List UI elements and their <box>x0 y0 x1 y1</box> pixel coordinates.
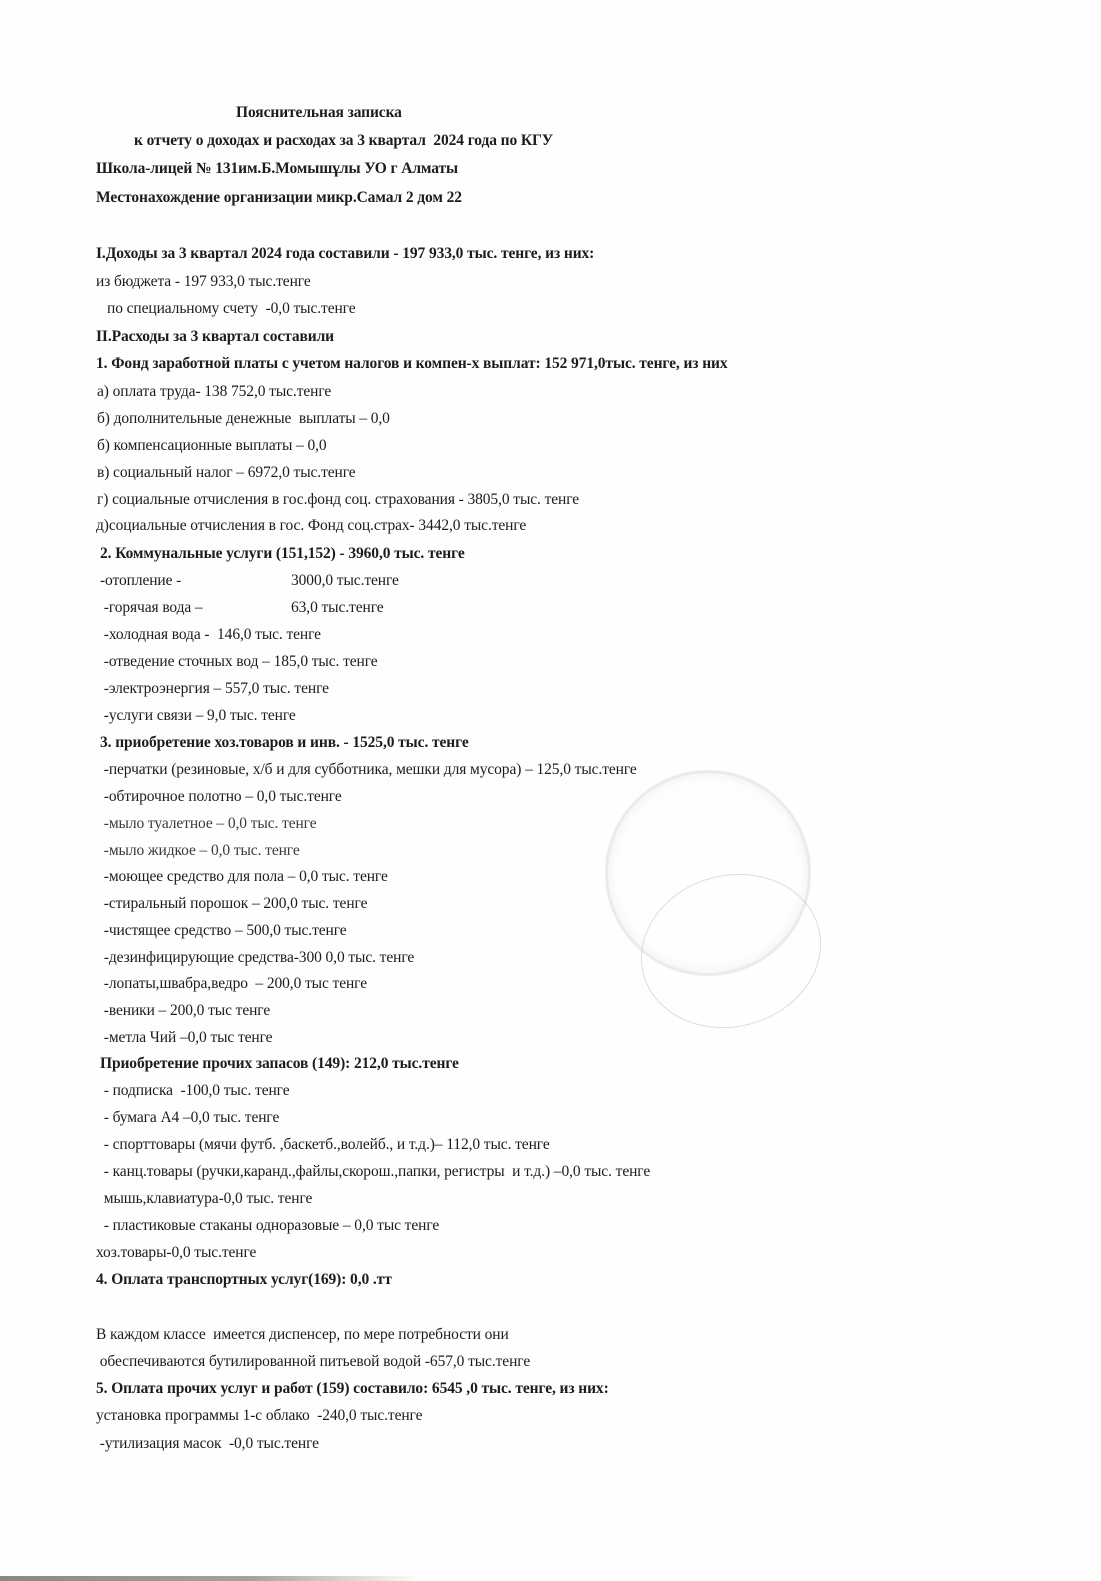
income-heading: I.Доходы за 3 квартал 2024 года составил… <box>96 244 594 264</box>
household-item: -метла Чий –0,0 тыс тенге <box>100 1028 272 1048</box>
household-item: -мыло туалетное – 0,0 тыс. тенге <box>100 814 317 834</box>
payroll-item: д)социальные отчисления в гос. Фонд соц.… <box>96 516 526 536</box>
other-stock-heading: Приобретение прочих запасов (149): 212,0… <box>100 1054 459 1074</box>
organization-name: Школа-лицей № 131им.Б.Момышұлы УО г Алма… <box>96 159 458 179</box>
stamp-impression-inner <box>623 854 838 1048</box>
household-item: -перчатки (резиновые, х/б и для субботни… <box>100 760 637 780</box>
utilities-item-value: 3000,0 тыс.тенге <box>291 571 399 591</box>
payroll-item: в) социальный налог – 6972,0 тыс.тенге <box>97 463 356 483</box>
household-item: -мыло жидкое – 0,0 тыс. тенге <box>100 841 300 861</box>
document-subtitle: к отчету о доходах и расходах за 3 кварт… <box>134 131 553 151</box>
other-stock-item: мышь,клавиатура-0,0 тыс. тенге <box>100 1189 312 1209</box>
utilities-item-label: -услуги связи – 9,0 тыс. тенге <box>100 706 296 726</box>
payroll-heading: 1. Фонд заработной платы с учетом налого… <box>96 354 728 374</box>
utilities-item-label: -отопление - <box>100 571 181 591</box>
other-stock-item: - пластиковые стаканы одноразовые – 0,0 … <box>100 1216 439 1236</box>
stamp-impression <box>605 770 811 976</box>
other-stock-item: - канц.товары (ручки,каранд.,файлы,скоро… <box>100 1162 650 1182</box>
payroll-item: б) дополнительные денежные выплаты – 0,0 <box>97 409 390 429</box>
utilities-item-label: -электроэнергия – 557,0 тыс. тенге <box>100 679 329 699</box>
water-note-line: В каждом классе имеется диспенсер, по ме… <box>96 1325 509 1345</box>
household-item: -стиральный порошок – 200,0 тыс. тенге <box>100 894 367 914</box>
other-stock-item: - бумага А4 –0,0 тыс. тенге <box>100 1108 279 1128</box>
other-services-item: -утилизация масок -0,0 тыс.тенге <box>96 1434 319 1454</box>
household-item: -моющее средство для пола – 0,0 тыс. тен… <box>100 867 388 887</box>
water-note-line: обеспечиваются бутилированной питьевой в… <box>96 1352 530 1372</box>
income-from-budget: из бюджета - 197 933,0 тыс.тенге <box>96 272 311 292</box>
scan-page-edge <box>0 1576 420 1581</box>
utilities-heading: 2. Коммунальные услуги (151,152) - 3960,… <box>100 544 465 564</box>
household-heading: 3. приобретение хоз.товаров и инв. - 152… <box>100 733 469 753</box>
household-item: -дезинфицирующие средства-300 0,0 тыс. т… <box>100 948 414 968</box>
other-stock-item: - подписка -100,0 тыс. тенге <box>100 1081 290 1101</box>
organization-location: Местонахождение организации микр.Самал 2… <box>96 188 462 208</box>
payroll-item: б) компенсационные выплаты – 0,0 <box>97 436 327 456</box>
household-item: -веники – 200,0 тыс тенге <box>100 1001 270 1021</box>
document-title: Пояснительная записка <box>236 103 402 123</box>
expenses-heading: II.Расходы за 3 квартал составили <box>96 327 334 347</box>
other-services-heading: 5. Оплата прочих услуг и работ (159) сос… <box>96 1379 609 1399</box>
utilities-item-label: -горячая вода – <box>100 598 203 618</box>
scanned-document-page: Пояснительная записка к отчету о доходах… <box>0 0 1101 1581</box>
transport-heading: 4. Оплата транспортных услуг(169): 0,0 .… <box>96 1270 392 1290</box>
payroll-item: г) социальные отчисления в гос.фонд соц.… <box>97 490 579 510</box>
household-item: -обтирочное полотно – 0,0 тыс.тенге <box>100 787 342 807</box>
other-stock-item: - спорттовары (мячи футб. ,баскетб.,воле… <box>100 1135 550 1155</box>
income-special-account: по специальному счету -0,0 тыс.тенге <box>107 299 356 319</box>
utilities-item-label: -отведение сточных вод – 185,0 тыс. тенг… <box>100 652 378 672</box>
other-services-item: установка программы 1-с облако -240,0 ты… <box>96 1406 422 1426</box>
utilities-item-value: 63,0 тыс.тенге <box>291 598 384 618</box>
utilities-item-label: -холодная вода - 146,0 тыс. тенге <box>100 625 321 645</box>
household-item: -лопаты,швабра,ведро – 200,0 тыс тенге <box>100 974 367 994</box>
other-stock-item: хоз.товары-0,0 тыс.тенге <box>96 1243 256 1263</box>
payroll-item: а) оплата труда- 138 752,0 тыс.тенге <box>97 382 331 402</box>
household-item: -чистящее средство – 500,0 тыс.тенге <box>100 921 347 941</box>
